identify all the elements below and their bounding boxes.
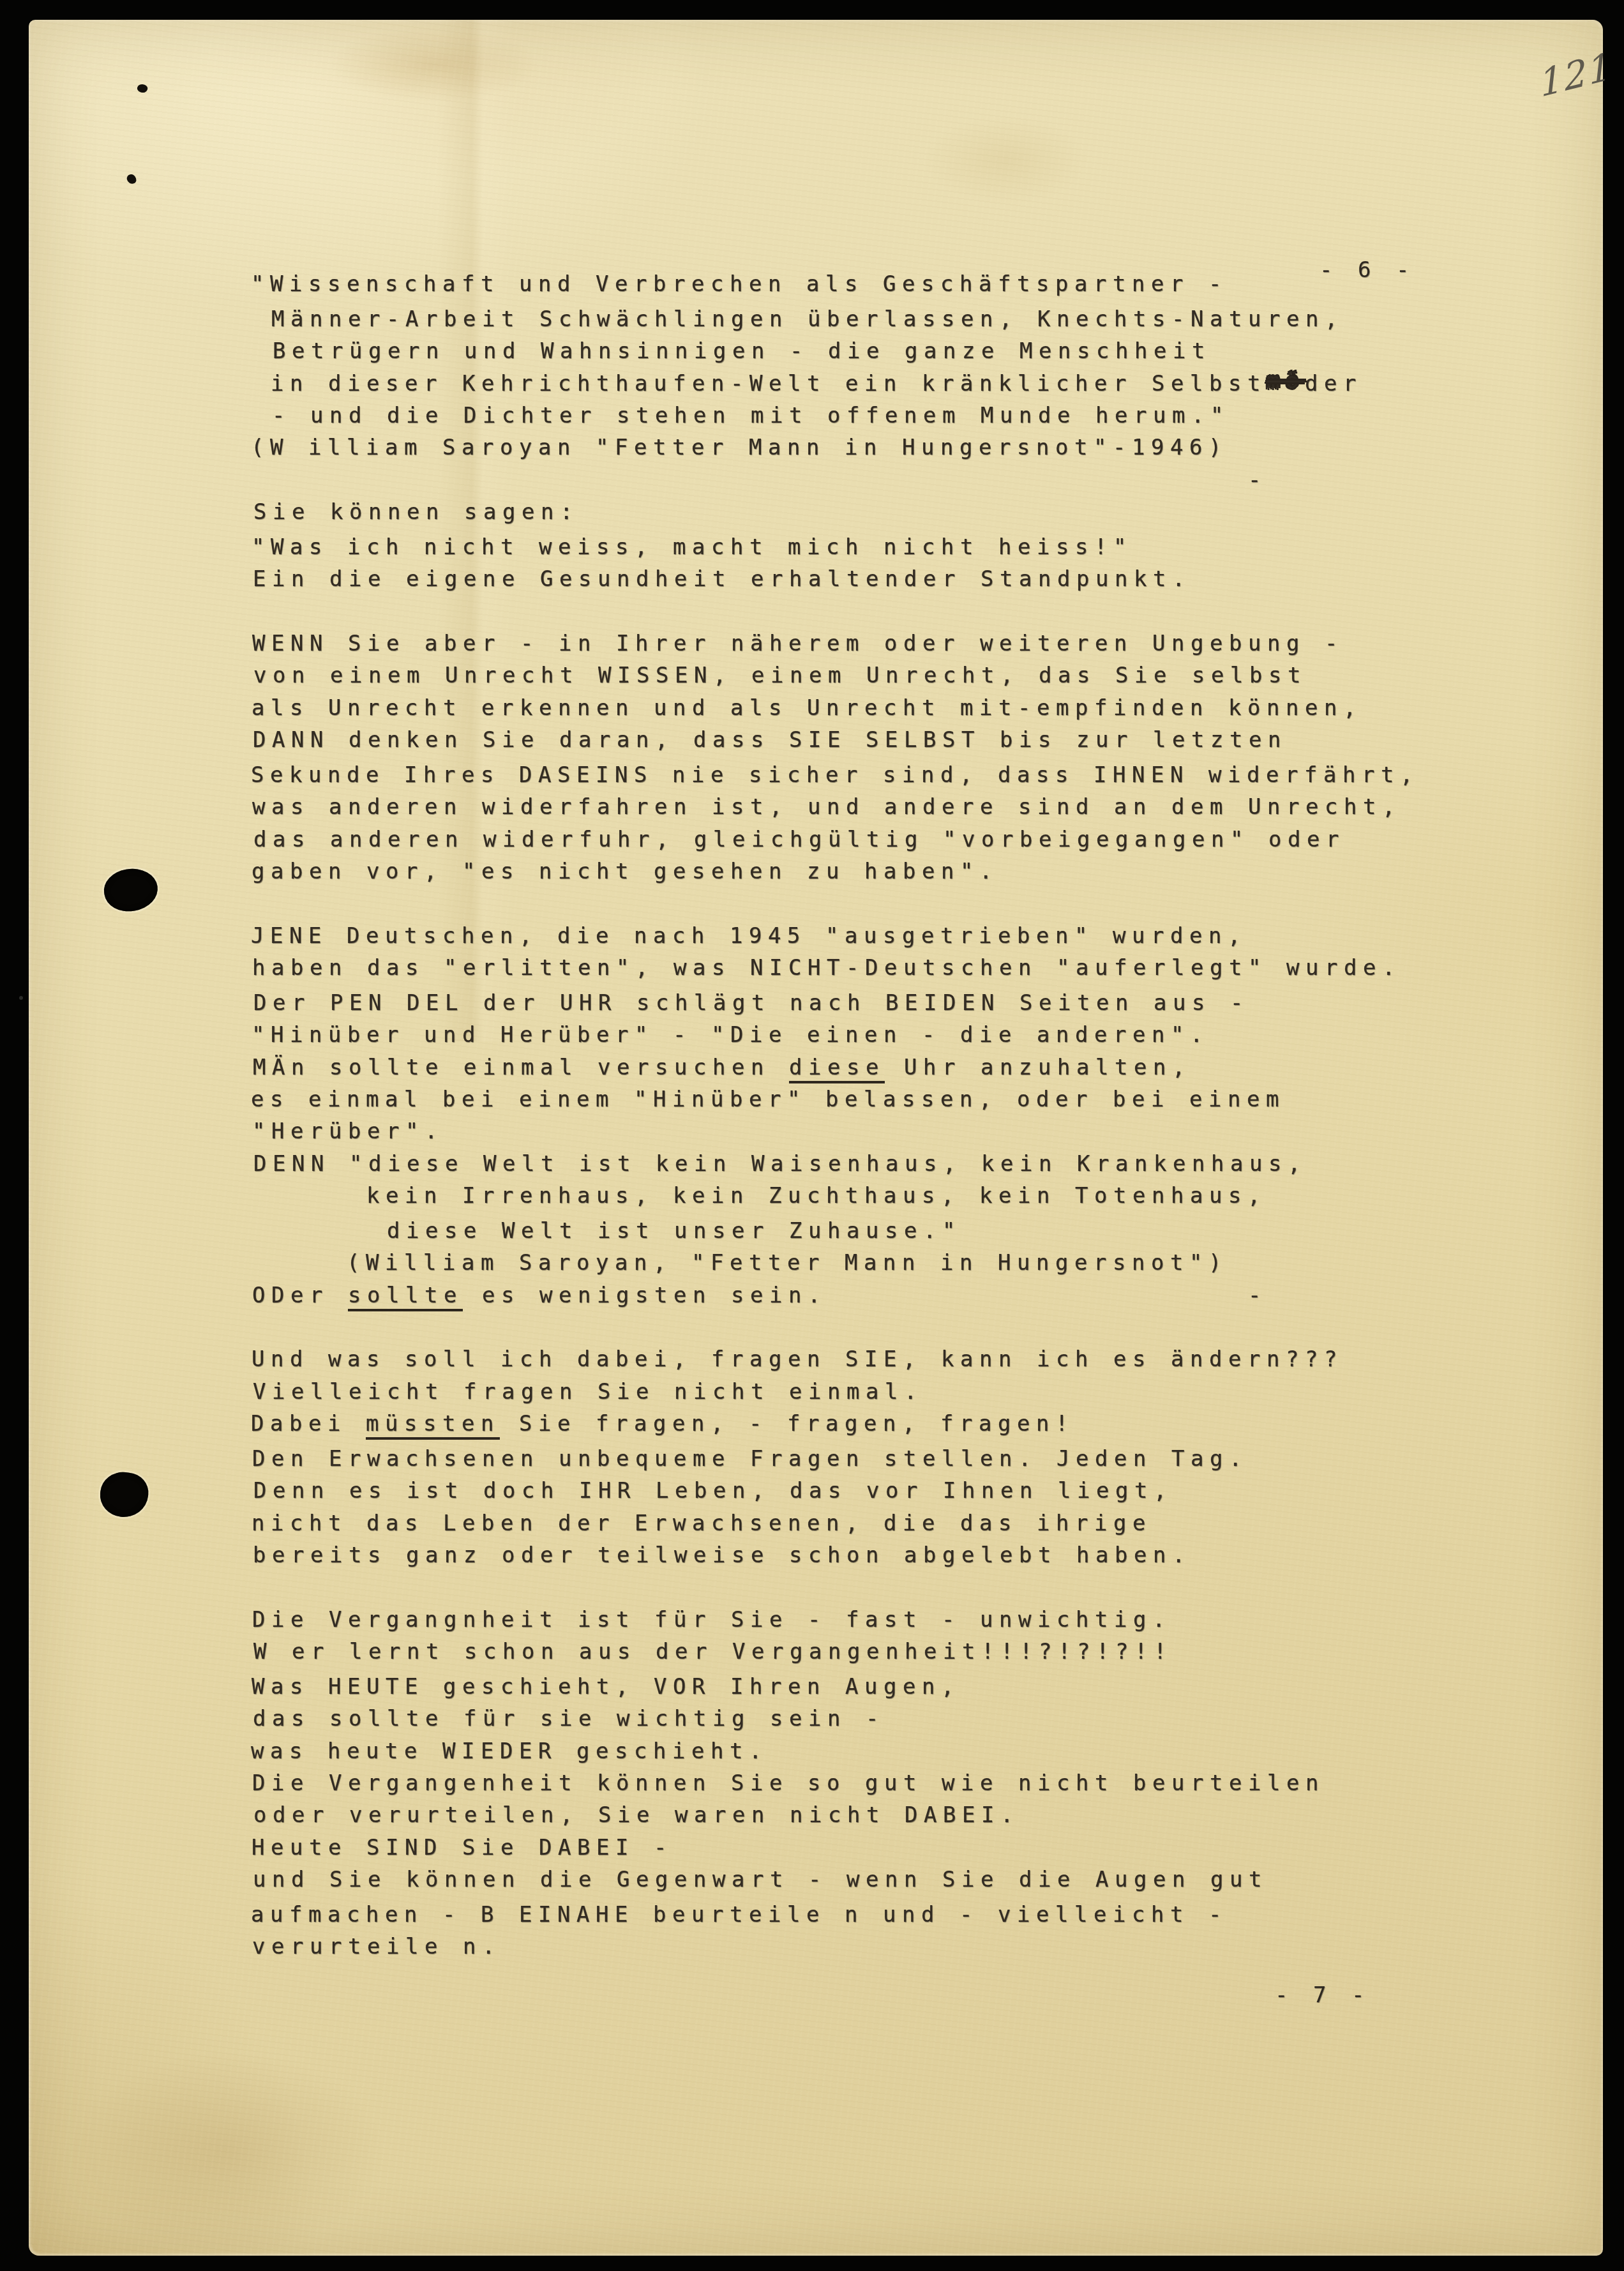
typed-line: und Sie können die Gegenwart - wenn Sie … — [253, 1866, 1268, 1894]
page-number-bottom: - 7 - — [1275, 1982, 1371, 2008]
typed-line: von einem Unrecht WISSEN, einem Unrecht,… — [253, 661, 1307, 690]
handwritten-page-number: 121 — [1538, 43, 1614, 105]
typed-line: Und was soll ich dabei, fragen SIE, kann… — [252, 1345, 1343, 1373]
typed-line: Betrügern und Wahnsinnigen - die ganze M… — [253, 337, 1211, 365]
typed-line: "Hinüber und Herüber" - "Die einen - die… — [252, 1021, 1209, 1049]
typed-line: Dabei müssten Sie fragen, - fragen, frag… — [251, 1410, 1074, 1438]
typed-line: es einmal bei einem "Hinüber" belassen, … — [251, 1085, 1285, 1113]
typed-line: nicht das Leben der Erwachsenen, die das… — [252, 1509, 1152, 1537]
punch-hole-top — [101, 865, 160, 915]
typed-line: diese Welt ist unser Zuhause." — [253, 1217, 961, 1245]
typed-line: was heute WIEDER geschieht. — [251, 1737, 768, 1765]
paper-stain — [922, 116, 1088, 205]
typed-line: ODer sollte es wenigsten sein. - — [252, 1281, 1267, 1309]
typed-line: "Was ich nicht weiss, macht mich nicht h… — [252, 533, 1132, 561]
pin-hole-speck — [126, 173, 137, 185]
typed-line: Vielleicht fragen Sie nicht einmal. — [253, 1378, 923, 1406]
typed-line: was anderen widerfahren ist, und andere … — [252, 793, 1401, 821]
paper-stain — [329, 26, 539, 103]
paper-crease — [437, 20, 514, 1041]
typed-line: bereits ganz oder teilweise schon abgele… — [253, 1541, 1191, 1569]
typed-line: "Herüber". — [252, 1117, 444, 1145]
typed-line: DANN denken Sie daran, dass SIE SELBST b… — [253, 726, 1287, 754]
typed-line: (W illiam Saroyan "Fetter Mann in Hunger… — [251, 434, 1228, 462]
typed-line: verurteile n. — [252, 1933, 501, 1961]
typed-line: JENE Deutschen, die nach 1945 "ausgetrie… — [251, 922, 1247, 950]
typed-line: W er lernt schon aus der Vergangenheit!!… — [253, 1638, 1173, 1666]
typed-line: "Wissenschaft und Verbrechen als Geschäf… — [251, 270, 1228, 298]
typed-line: oder verurteilen, Sie waren nicht DABEI. — [253, 1801, 1019, 1829]
pin-hole-speck — [136, 83, 148, 94]
page-number-top: - 6 - — [1319, 257, 1415, 283]
typed-line: Ein die eigene Gesundheit erhaltender St… — [253, 565, 1191, 593]
typed-line: als Unrecht erkennen und als Unrecht mit… — [252, 694, 1362, 722]
typed-line: aufmachen - B EINAHE beurteile n und - v… — [251, 1901, 1228, 1929]
typed-line: Sekunde Ihres DASEINS nie sicher sind, d… — [251, 761, 1419, 789]
typed-line: kein Irrenhaus, kein Zuchthaus, kein Tot… — [252, 1182, 1267, 1210]
typed-line: Der PEN DEL der UHR schlägt nach BEIDEN … — [253, 989, 1249, 1017]
typed-line: Den Erwachsenen unbequeme Fragen stellen… — [252, 1445, 1248, 1473]
typed-line: haben das "erlitten", was NICHT-Deutsche… — [252, 954, 1401, 982]
typed-line: Die Vergangnheit ist für Sie - fast - un… — [252, 1606, 1171, 1634]
typed-line: WENN Sie aber - in Ihrer näherem oder we… — [252, 630, 1344, 658]
typed-line: gaben vor, "es nicht gesehen zu haben". — [252, 857, 998, 886]
typed-line: Sie können sagen: — [253, 498, 579, 526]
typed-line: - und die Dichter stehen mit offenem Mun… — [253, 402, 1229, 430]
scanner-dust-speck — [19, 996, 23, 1000]
typed-line: Männer-Arbeit Schwächlingen überlassen, … — [252, 305, 1344, 333]
paper-stain — [67, 2050, 386, 2254]
document-page: 121 - 6 - "Wissenschaft und Verbrechen a… — [29, 20, 1603, 2256]
typed-line: - — [252, 466, 1267, 494]
typed-line: Heute SIND Sie DABEI - — [252, 1834, 673, 1862]
typed-line: Denn es ist doch IHR Leben, das vor Ihne… — [253, 1477, 1173, 1505]
typed-line: das sollte für sie wichtig sein - — [253, 1705, 885, 1733]
typed-line: in dieser Kehrichthaufen-Welt ein kränkl… — [252, 370, 1362, 398]
typed-line: Was HEUTE geschieht, VOR Ihren Augen, — [252, 1673, 960, 1701]
punch-hole-bottom — [98, 1470, 151, 1519]
typed-line: DENN "diese Welt ist kein Waisenhaus, ke… — [253, 1150, 1307, 1178]
typed-line: (William Saroyan, "Fetter Mann in Hunger… — [251, 1249, 1228, 1277]
typed-line: das anderen widerfuhr, gleichgültig "vor… — [253, 826, 1345, 854]
typed-line: MÄn sollte einmal versuchen diese Uhr an… — [253, 1053, 1191, 1082]
typed-line: Die Vergangenheit können Sie so gut wie … — [252, 1769, 1325, 1797]
